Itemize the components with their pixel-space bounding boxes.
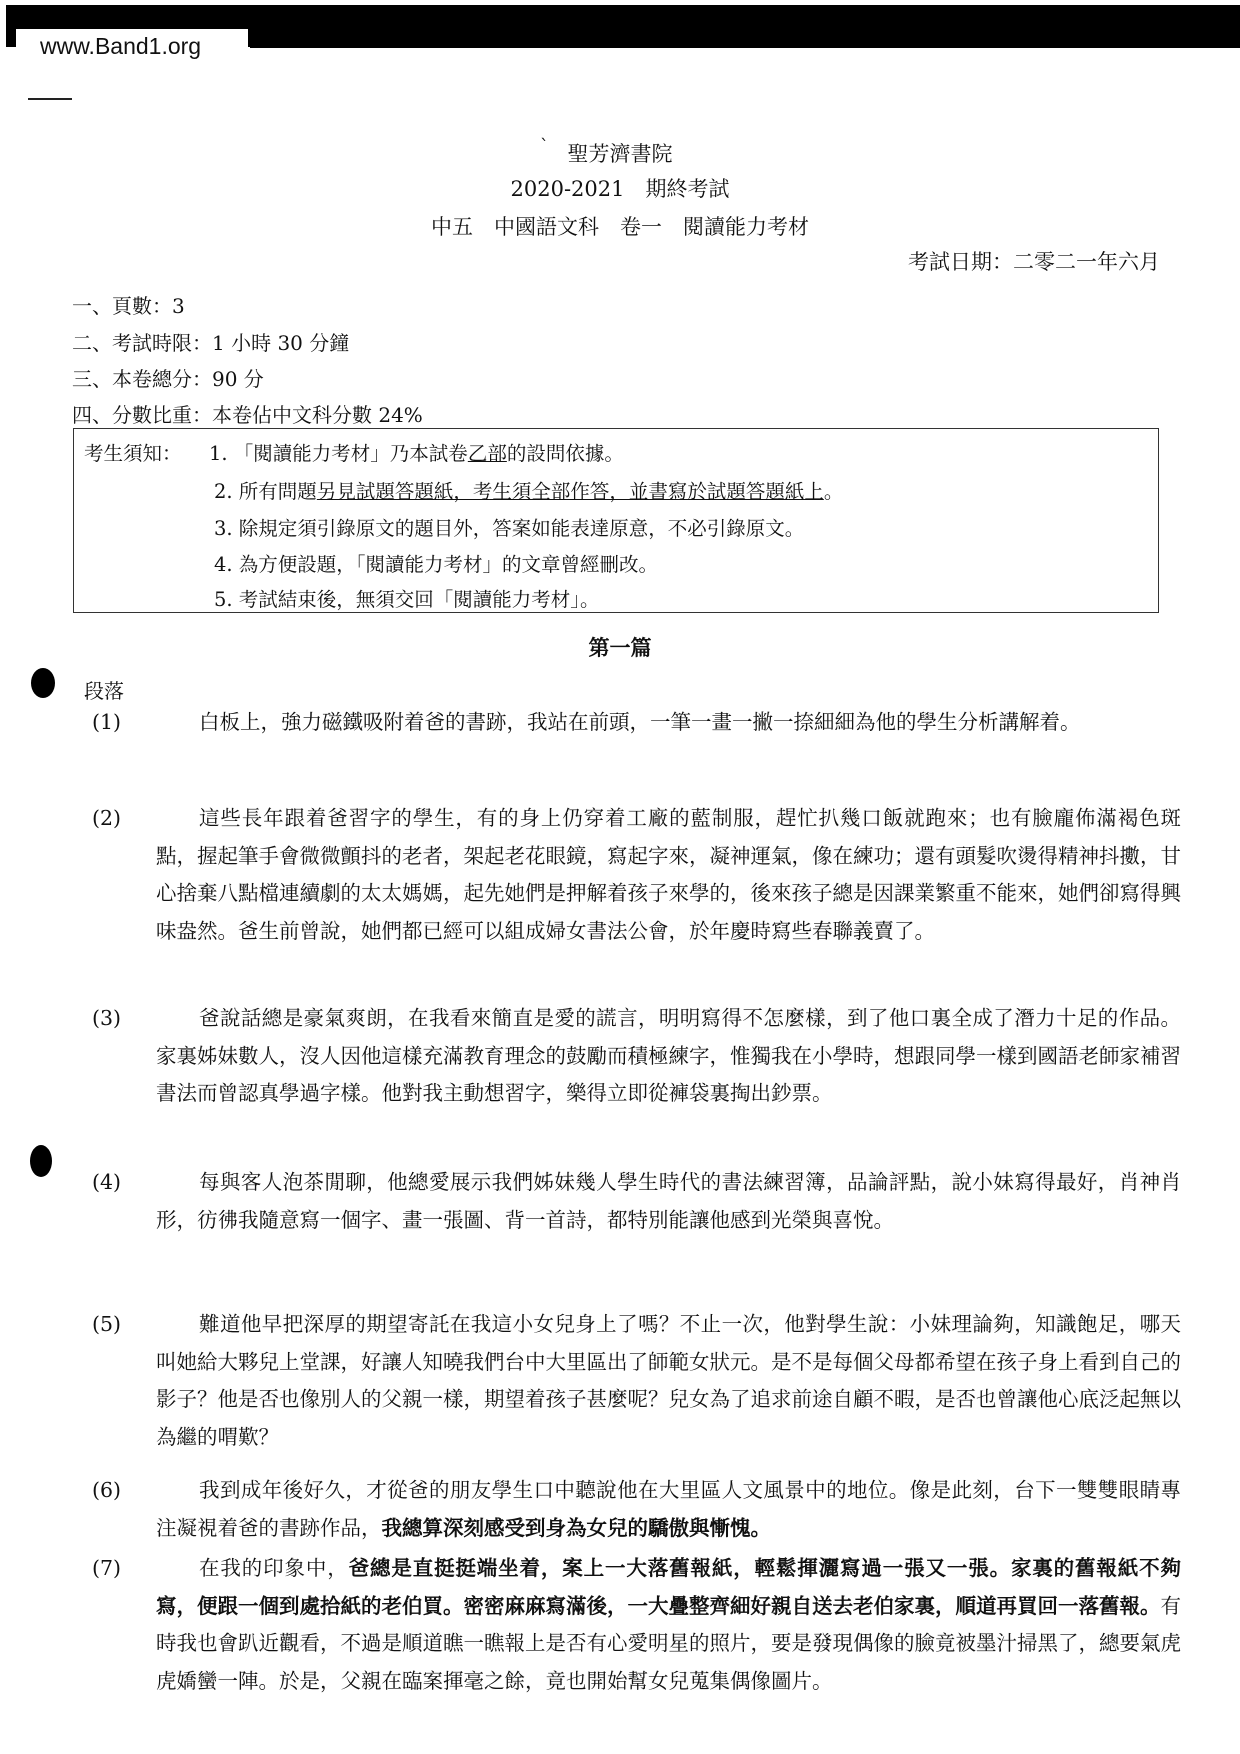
notice-underlined: 另見試題答題紙，考生須全部作答，並書寫於試題答題紙上 [317,480,824,503]
notice-item-3: 3. 除規定須引錄原文的題目外，答案如能表達原意，不必引錄原文。 [214,513,804,541]
notice-text: 2. 所有問題 [214,480,317,503]
notice-item-2: 2. 所有問題另見試題答題紙，考生須全部作答，並書寫於試題答題紙上。 [214,476,843,504]
paragraph-text: 在我的印象中，爸總是直挺挺端坐着，案上一大落舊報紙，輕鬆揮灑寫過一張又一張。家裏… [156,1550,1181,1700]
paragraph-4: (4) 每與客人泡茶閒聊，他總愛展示我們姊妹幾人學生時代的書法練習簿，品論評點，… [92,1164,1182,1239]
watermark: www.Band1.org [16,29,248,63]
paragraph-6: (6) 我到成年後好久，才從爸的朋友學生口中聽說他在大里區人文風景中的地位。像是… [92,1472,1182,1547]
paragraph-number: (1) [92,704,121,742]
paragraph-number: (6) [92,1472,121,1510]
paragraph-text: 這些長年跟着爸習字的學生，有的身上仍穿着工廠的藍制服，趕忙扒幾口飯就跑來；也有臉… [156,800,1181,950]
paragraph-text: 每與客人泡茶閒聊，他總愛展示我們姊妹幾人學生時代的書法練習簿，品論評點，說小妹寫… [156,1164,1181,1239]
paragraph-label: 段落 [84,675,124,704]
paragraph-number: (7) [92,1550,121,1588]
punch-hole [31,668,55,698]
paragraph-number: (5) [92,1306,121,1344]
paper-title: 中五 中國語文科 卷一 閱讀能力考材 [0,211,1240,241]
scan-mark [28,98,72,100]
paragraph-7: (7) 在我的印象中，爸總是直挺挺端坐着，案上一大落舊報紙，輕鬆揮灑寫過一張又一… [92,1550,1182,1700]
paragraph-5: (5) 難道他早把深厚的期望寄託在我這小女兒身上了嗎？不止一次，他對學生說：小妹… [92,1306,1182,1456]
notice-label: 考生須知： [84,438,182,466]
scan-black-border-lower [250,40,1240,48]
info-weighting: 四、分數比重：本卷佔中文科分數 24% [72,399,423,428]
text-regular: 在我的印象中， [199,1556,349,1580]
school-name: 聖芳濟書院 [0,138,1240,168]
text-bold: 我總算深刻感受到身為女兒的驕傲與慚愧。 [382,1516,772,1540]
notice-underlined: 乙部 [468,442,507,465]
notice-text: 。 [824,480,844,503]
exam-title: 2020-2021 期終考試 [0,173,1240,203]
info-pages: 一、頁數：3 [72,290,185,319]
paragraph-1: (1) 白板上，強力磁鐵吸附着爸的書跡，我站在前頭，一筆一畫一撇一捺細細為他的學… [92,704,1182,742]
info-total-marks: 三、本卷總分：90 分 [72,363,264,392]
notice-item-5: 5. 考試結束後，無須交回「閱讀能力考材」。 [214,584,600,612]
paragraph-number: (4) [92,1164,121,1202]
paragraph-text: 我到成年後好久，才從爸的朋友學生口中聽說他在大里區人文風景中的地位。像是此刻，台… [156,1472,1181,1547]
paragraph-text: 白板上，強力磁鐵吸附着爸的書跡，我站在前頭，一筆一畫一撇一捺細細為他的學生分析講… [156,704,1181,742]
exam-date: 考試日期：二零二一年六月 [908,246,1160,276]
paragraph-number: (3) [92,1000,121,1038]
paragraph-text: 難道他早把深厚的期望寄託在我這小女兒身上了嗎？不止一次，他對學生說：小妹理論夠，… [156,1306,1181,1456]
info-time-limit: 二、考試時限：1 小時 30 分鐘 [72,327,349,356]
notice-item-4: 4. 為方便設題，「閱讀能力考材」的文章曾經刪改。 [214,549,658,577]
paragraph-3: (3) 爸說話總是豪氣爽朗，在我看來簡直是愛的謊言，明明寫得不怎麼樣，到了他口裏… [92,1000,1182,1113]
notice-text: 的設問依據。 [507,442,624,465]
paragraph-number: (2) [92,800,121,838]
section-title: 第一篇 [0,632,1240,662]
candidate-notice-box: 考生須知： 1. 「閱讀能力考材」乃本試卷乙部的設問依據。 2. 所有問題另見試… [73,428,1159,613]
notice-item-1: 1. 「閱讀能力考材」乃本試卷乙部的設問依據。 [209,438,624,466]
notice-text: 1. 「閱讀能力考材」乃本試卷 [209,442,468,465]
punch-hole [30,1145,52,1177]
paragraph-text: 爸說話總是豪氣爽朗，在我看來簡直是愛的謊言，明明寫得不怎麼樣，到了他口裏全成了潛… [156,1000,1181,1113]
paragraph-2: (2) 這些長年跟着爸習字的學生，有的身上仍穿着工廠的藍制服，趕忙扒幾口飯就跑來… [92,800,1182,950]
